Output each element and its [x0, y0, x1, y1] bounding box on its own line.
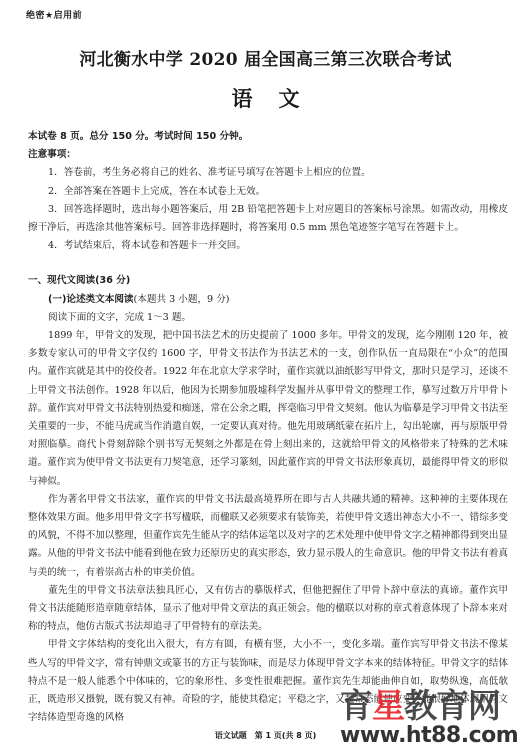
confidential-mark: 绝密★启用前: [26, 8, 82, 21]
spacer: [28, 255, 508, 272]
subsection-title: (一)论述类文本阅读: [48, 294, 134, 305]
subsection-heading: (一)论述类文本阅读(本题共 3 小题，9 分): [28, 291, 508, 309]
reading-passage: 1899 年，甲骨文的发现，把中国书法艺术的历史提前了 1000 多年。甲骨文的…: [28, 327, 508, 727]
exam-info: 本试卷 8 页。总分 150 分。考试时间 150 分钟。: [28, 128, 508, 146]
page-footer: 语文试题 第 1 页(共 8 页): [0, 730, 531, 741]
notice-item: 4．考试结束后，将本试卷和答题卡一并交回。: [28, 237, 508, 255]
notice-item: 1．答卷前，考生务必将自己的姓名、准考证号填写在答题卡上相应的位置。: [28, 164, 508, 182]
reading-instruction: 阅读下面的文字，完成 1～3 题。: [28, 309, 508, 327]
exam-title: 河北衡水中学 2020 届全国高三第三次联合考试: [0, 45, 531, 70]
notice-item: 3．回答选择题时，选出每小题答案后，用 2B 铅笔把答题卡上对应题目的答案标号涂…: [28, 201, 508, 237]
passage-paragraph: 董先生的甲骨文书法章法独具匠心，又有仿古的摹版样式，但他把握住了甲骨卜辞中章法的…: [28, 582, 508, 637]
section-heading: 一、现代文阅读(36 分): [28, 272, 508, 290]
passage-paragraph: 甲骨文字体结构的变化出入很大，有方有圆，有横有竖，大小不一，变化多端。董作宾写甲…: [28, 636, 508, 727]
subject-title: 语文: [0, 83, 531, 113]
passage-paragraph: 作为著名甲骨文书法家，董作宾的甲骨文书法最高境界所在即与古人共融共通的精神。这种…: [28, 491, 508, 582]
exam-body: 本试卷 8 页。总分 150 分。考试时间 150 分钟。 注意事项： 1．答卷…: [28, 128, 508, 728]
passage-paragraph: 1899 年，甲骨文的发现，把中国书法艺术的历史提前了 1000 多年。甲骨文的…: [28, 327, 508, 491]
notice-heading: 注意事项：: [28, 146, 508, 164]
notice-item: 2．全部答案在答题卡上完成，答在本试卷上无效。: [28, 183, 508, 201]
exam-page: 绝密★启用前 河北衡水中学 2020 届全国高三第三次联合考试 语文 本试卷 8…: [0, 0, 531, 751]
subsection-note: (本题共 3 小题，9 分): [134, 294, 230, 305]
notice-item-text: 3．回答选择题时，选出每小题答案后，用 2B 铅笔把答题卡上对应题目的答案标号涂…: [28, 201, 508, 237]
